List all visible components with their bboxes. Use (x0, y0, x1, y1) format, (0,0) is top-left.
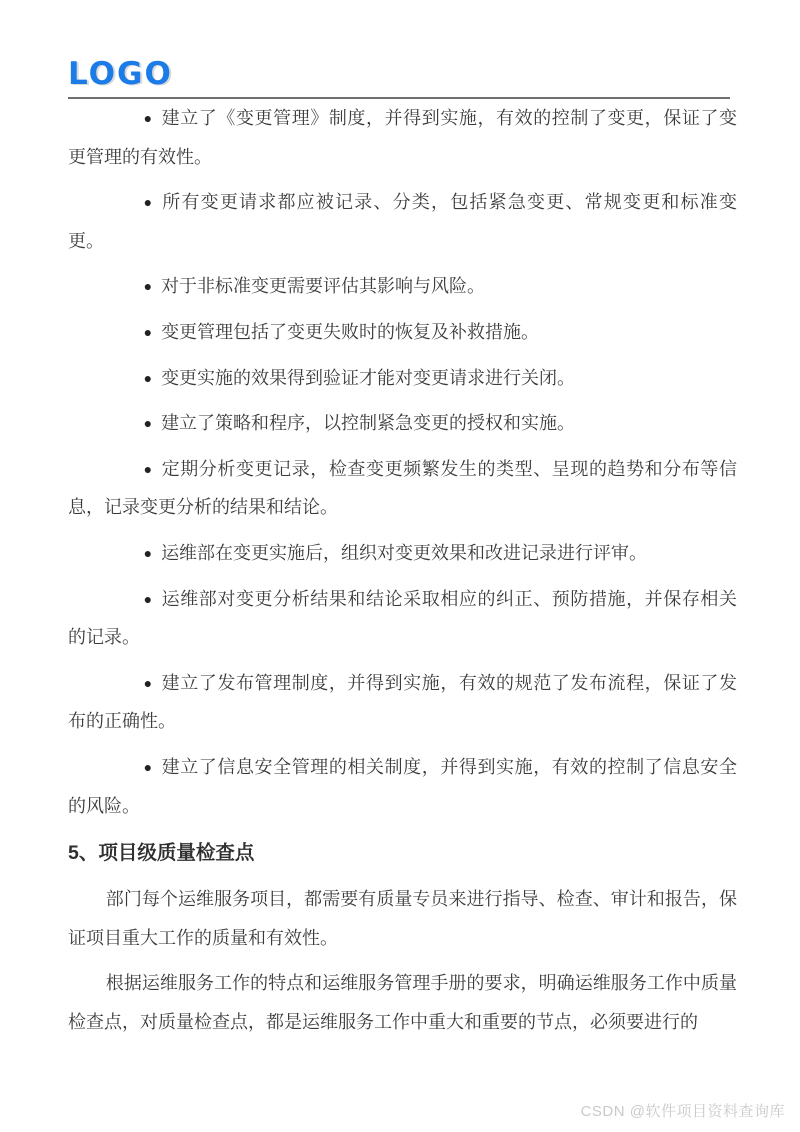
bullet-icon: ● (106, 748, 152, 787)
bullet-text: 变更实施的效果得到验证才能对变更请求进行关闭。 (161, 368, 575, 388)
body-paragraph: 根据运维服务工作的特点和运维服务管理手册的要求，明确运维服务工作中质量检查点，对… (68, 964, 737, 1041)
bullet-text: 定期分析变更记录，检查变更频繁发生的类型、呈现的趋势和分布等信息，记录变更分析的… (68, 459, 737, 518)
bullet-text: 建立了信息安全管理的相关制度，并得到实施，有效的控制了信息安全的风险。 (68, 757, 737, 816)
bullet-icon: ● (106, 450, 152, 489)
bullet-icon: ● (106, 534, 152, 573)
bullet-icon: ● (106, 183, 152, 222)
bullet-item: ●对于非标准变更需要评估其影响与风险。 (68, 267, 737, 306)
bullet-item: ●变更管理包括了变更失败时的恢复及补救措施。 (68, 313, 737, 352)
bullet-item: ●建立了《变更管理》制度，并得到实施，有效的控制了变更，保证了变更管理的有效性。 (68, 99, 737, 176)
body-paragraph: 部门每个运维服务项目，都需要有质量专员来进行指导、检查、审计和报告，保证项目重大… (68, 880, 737, 957)
bullet-item: ●定期分析变更记录，检查变更频繁发生的类型、呈现的趋势和分布等信息，记录变更分析… (68, 450, 737, 527)
bullet-item: ●建立了信息安全管理的相关制度，并得到实施，有效的控制了信息安全的风险。 (68, 748, 737, 825)
bullet-text: 建立了《变更管理》制度，并得到实施，有效的控制了变更，保证了变更管理的有效性。 (68, 108, 737, 167)
company-logo: LOGO (68, 57, 173, 91)
bullet-item: ●建立了策略和程序，以控制紧急变更的授权和实施。 (68, 404, 737, 443)
bullet-icon: ● (106, 313, 152, 352)
document-body: ●建立了《变更管理》制度，并得到实施，有效的控制了变更，保证了变更管理的有效性。… (68, 99, 737, 1041)
bullet-text: 运维部在变更实施后，组织对变更效果和改进记录进行评审。 (161, 543, 647, 563)
bullet-icon: ● (106, 359, 152, 398)
bullet-icon: ● (106, 580, 152, 619)
bullet-text: 建立了策略和程序，以控制紧急变更的授权和实施。 (161, 413, 575, 433)
bullet-icon: ● (106, 404, 152, 443)
section-heading: 5、项目级质量检查点 (68, 838, 737, 868)
bullet-item: ●运维部在变更实施后，组织对变更效果和改进记录进行评审。 (68, 534, 737, 573)
bullet-icon: ● (106, 99, 152, 138)
bullet-item: ●变更实施的效果得到验证才能对变更请求进行关闭。 (68, 359, 737, 398)
bullet-text: 变更管理包括了变更失败时的恢复及补救措施。 (161, 322, 539, 342)
bullet-text: 建立了发布管理制度，并得到实施，有效的规范了发布流程，保证了发布的正确性。 (68, 673, 737, 732)
bullet-icon: ● (106, 664, 152, 703)
bullet-text: 运维部对变更分析结果和结论采取相应的纠正、预防措施，并保存相关的记录。 (68, 589, 737, 648)
bullet-item: ●建立了发布管理制度，并得到实施，有效的规范了发布流程，保证了发布的正确性。 (68, 664, 737, 741)
document-header: LOGO (68, 0, 737, 99)
csdn-watermark: CSDN @软件项目资料查询库 (581, 1100, 785, 1121)
bullet-text: 所有变更请求都应被记录、分类，包括紧急变更、常规变更和标准变更。 (68, 192, 737, 251)
bullet-item: ●运维部对变更分析结果和结论采取相应的纠正、预防措施，并保存相关的记录。 (68, 580, 737, 657)
bullet-text: 对于非标准变更需要评估其影响与风险。 (161, 276, 485, 296)
bullet-icon: ● (106, 267, 152, 306)
bullet-item: ●所有变更请求都应被记录、分类，包括紧急变更、常规变更和标准变更。 (68, 183, 737, 260)
document-page: LOGO ●建立了《变更管理》制度，并得到实施，有效的控制了变更，保证了变更管理… (0, 0, 800, 1132)
